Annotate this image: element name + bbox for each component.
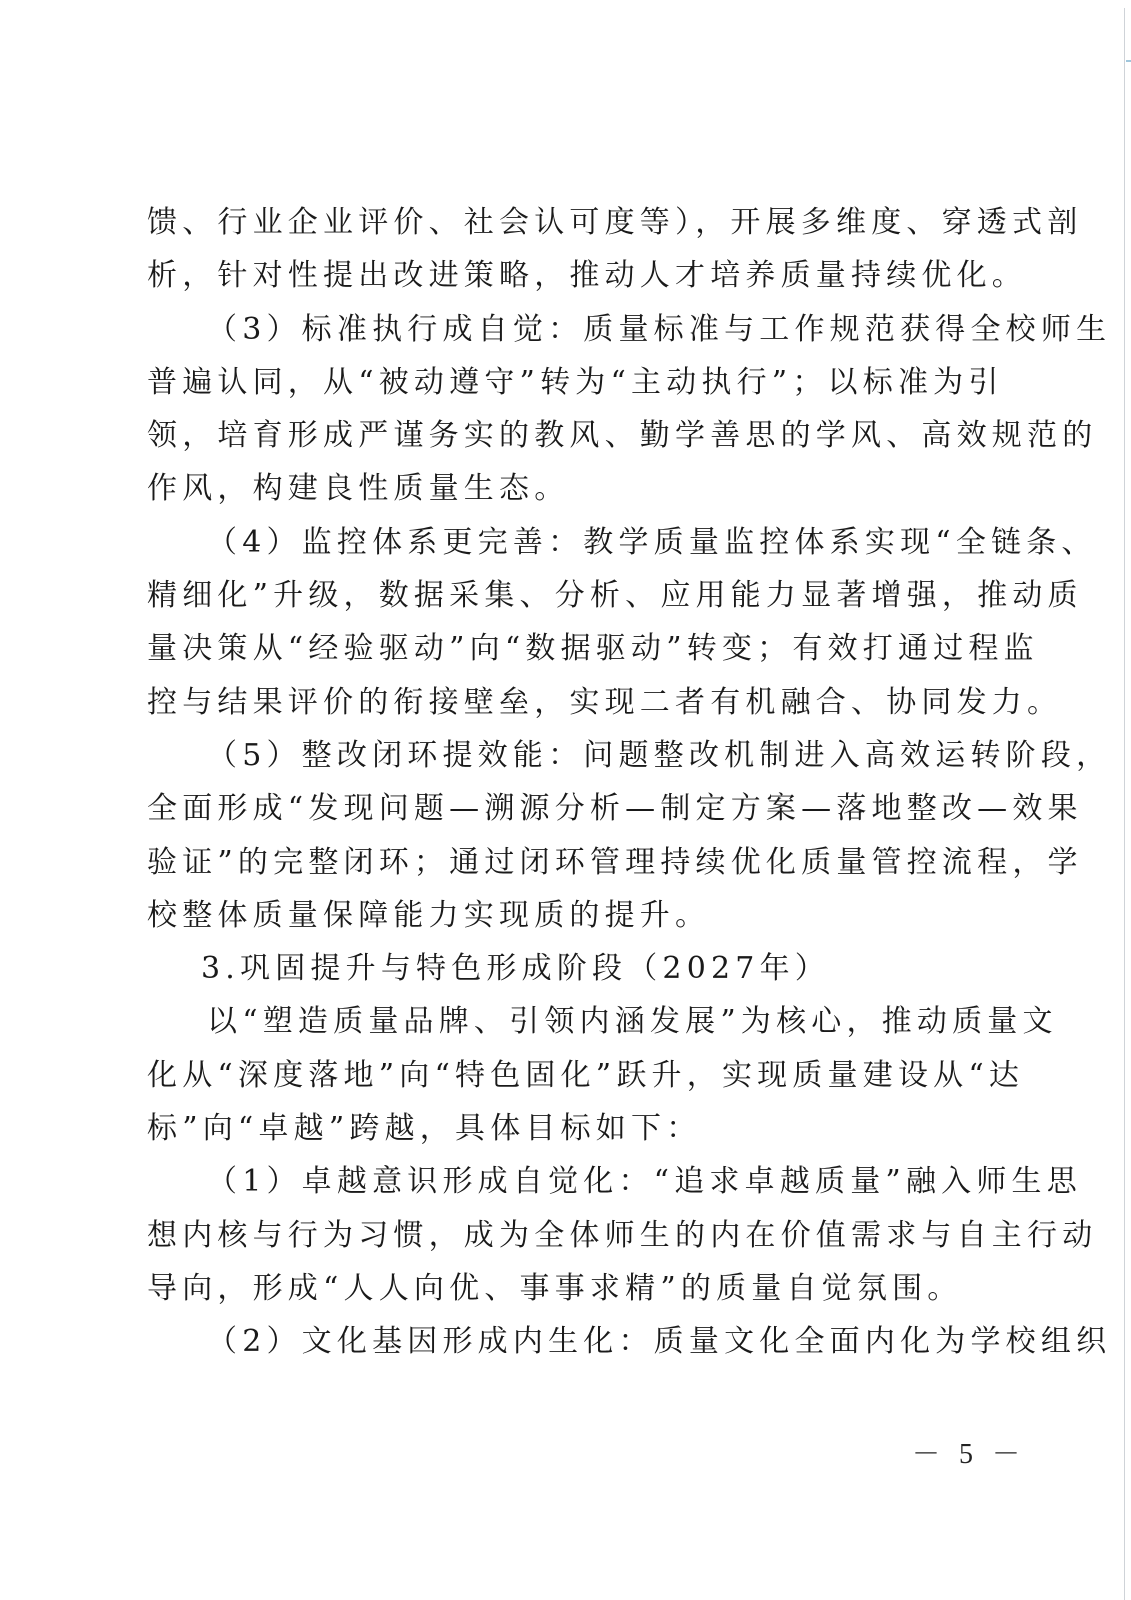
text-line: 导向，形成“人人向优、事事求精”的质量自觉氛围。 <box>147 1262 983 1315</box>
document-page: 馈、行业企业评价、社会认可度等），开展多维度、穿透式剖 析，针对性提出改进策略，… <box>0 0 1131 1600</box>
text-line: 析，针对性提出改进策略，推动人才培养质量持续优化。 <box>147 249 983 302</box>
list-item-4-start: （4）监控体系更完善：教学质量监控体系实现“全链条、 <box>147 516 983 569</box>
text-line: 领，培育形成严谨务实的教风、勤学善思的学风、高效规范的 <box>147 409 983 462</box>
section-heading: 3.巩固提升与特色形成阶段（2027年） <box>147 942 983 995</box>
page-number: － 5 － <box>912 1432 1026 1472</box>
paragraph-start: 以“塑造质量品牌、引领内涵发展”为核心，推动质量文 <box>147 995 983 1048</box>
text-line: 控与结果评价的衔接壁垒，实现二者有机融合、协同发力。 <box>147 676 983 729</box>
scan-edge-line <box>1124 8 1125 1600</box>
text-line: 校整体质量保障能力实现质的提升。 <box>147 889 983 942</box>
list-item-3-start: （3）标准执行成自觉：质量标准与工作规范获得全校师生 <box>147 303 983 356</box>
text-line: 全面形成“发现问题—溯源分析—制定方案—落地整改—效果 <box>147 782 983 835</box>
text-line: 普遍认同，从“被动遵守”转为“主动执行”；以标准为引 <box>147 356 983 409</box>
text-line: 验证”的完整闭环；通过闭环管理持续优化质量管控流程，学 <box>147 836 983 889</box>
text-line: 量决策从“经验驱动”向“数据驱动”转变；有效打通过程监 <box>147 622 983 675</box>
list-item-1-start: （1）卓越意识形成自觉化：“追求卓越质量”融入师生思 <box>147 1155 983 1208</box>
text-line: 作风，构建良性质量生态。 <box>147 462 983 515</box>
list-item-2-start: （2）文化基因形成内生化：质量文化全面内化为学校组织 <box>147 1315 983 1368</box>
list-item-5-start: （5）整改闭环提效能：问题整改机制进入高效运转阶段， <box>147 729 983 782</box>
text-line: 精细化”升级，数据采集、分析、应用能力显著增强，推动质 <box>147 569 983 622</box>
text-line: 标”向“卓越”跨越，具体目标如下： <box>147 1102 983 1155</box>
text-line: 想内核与行为习惯，成为全体师生的内在价值需求与自主行动 <box>147 1209 983 1262</box>
text-line: 馈、行业企业评价、社会认可度等），开展多维度、穿透式剖 <box>147 196 983 249</box>
scan-edge-mark <box>1126 60 1131 62</box>
body-text: 馈、行业企业评价、社会认可度等），开展多维度、穿透式剖 析，针对性提出改进策略，… <box>147 196 983 1369</box>
text-line: 化从“深度落地”向“特色固化”跃升，实现质量建设从“达 <box>147 1049 983 1102</box>
